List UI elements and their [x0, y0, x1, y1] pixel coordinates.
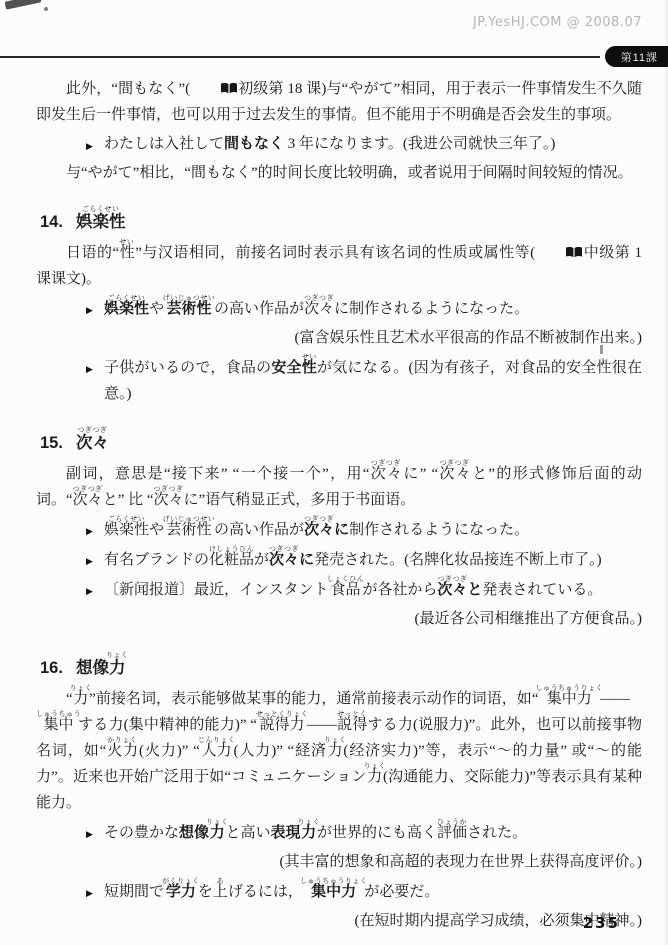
- section-heading: 16.想像力りょく: [40, 652, 642, 679]
- text-segment: (其丰富的想象和高超的表现力在世界上获得高度评价。): [280, 854, 643, 870]
- ruby-text: 集中力しゅうちゅうりょく: [538, 691, 599, 707]
- bullet-icon: ▶: [86, 518, 93, 544]
- ruby-text: 次々つぎつぎ: [269, 552, 299, 568]
- ruby-text: 食品しょくひん: [329, 582, 363, 598]
- text-segment: (富含娱乐性且艺术水平很高的作品不断被制作出来。): [295, 330, 643, 346]
- bullet-icon: ▶: [86, 880, 93, 906]
- ruby-text: 力りょく: [327, 743, 343, 759]
- bullet-icon: ▶: [86, 356, 93, 382]
- paragraph: 日语的“性せい”与汉语相同，前接名词时表示具有该名词的性质或属性等(中级第 1 …: [36, 239, 642, 292]
- ruby-text: 火力かりょく: [106, 743, 139, 759]
- text-segment: 想像: [76, 658, 109, 677]
- example-bullet: ▶わたしは入社して間もなく 3 年になります。(我进公司就快三年了。): [36, 131, 642, 157]
- text-segment: が必要だ。: [364, 884, 439, 900]
- text-segment: 3 年になります。(我进公司就快三年了。): [284, 136, 555, 152]
- header-rule: [0, 56, 600, 58]
- ruby-text: 力りょく: [367, 769, 383, 785]
- ruby-text: 次々つぎつぎ: [73, 492, 103, 508]
- ruby-text: 次々つぎつぎ: [154, 492, 184, 508]
- text-segment: 想像: [179, 825, 209, 841]
- ruby-text: 次々つぎつぎ: [304, 522, 334, 538]
- bullet-text: 短期間で学力がくりょくを上あげるには，集中力しゅうちゅうりょくが必要だ。: [104, 884, 439, 900]
- text-segment: する力(集中精神的能力)” “: [78, 717, 257, 733]
- text-segment: と” 比 “: [103, 492, 154, 508]
- text-segment: が各社から: [362, 582, 437, 598]
- text-segment: ”与汉语相同，前接名词时表示具有该名词的性质或属性等(: [135, 245, 535, 261]
- example-bullet: ▶娯楽性ごらくせいや芸術性げいじゅつせいの高い作品が次々つぎつぎに制作されるよう…: [36, 295, 642, 322]
- text-segment: に: [334, 522, 349, 538]
- ruby-text: 力りょく: [209, 825, 225, 841]
- bullet-text: 娯楽性ごらくせいや芸術性げいじゅつせいの高い作品が次々つぎつぎに制作されるように…: [104, 301, 529, 317]
- text-segment: 発表されている。: [482, 582, 602, 598]
- heading-number: 14.: [40, 211, 63, 233]
- translation-line: (富含娱乐性且艺术水平很高的作品不断被制作出来。): [36, 325, 642, 351]
- ruby-text: 集中しゅうちゅう: [36, 717, 78, 733]
- text-segment: 安全: [271, 360, 301, 376]
- text-segment: に”语气稍显正式，多用于书面语。: [184, 492, 416, 508]
- text-segment: が世界的にも高く: [317, 825, 437, 841]
- text-segment: ——: [307, 717, 337, 733]
- text-segment: に” “: [403, 466, 438, 482]
- ruby-text: 上あ: [213, 884, 228, 900]
- content: 此外，“間もなく”(初级第 18 课)与“やがて”相同，用于表示一件事情发生不久…: [36, 76, 642, 934]
- bullet-icon: ▶: [86, 133, 93, 159]
- ruby-text: 娯楽性ごらくせい: [76, 212, 126, 231]
- ruby-text: 芸術性げいじゅつせい: [164, 301, 214, 317]
- textbook-page: JP.YesHJ.COM @ 2008.07 第11課 此外，“間もなく”(初级…: [0, 0, 668, 945]
- text-segment: された。: [467, 825, 527, 841]
- bullet-icon: ▶: [86, 578, 93, 604]
- example-bullet: ▶〔新闻报道〕最近，インスタント食品しょくひんが各社から次々つぎつぎと発表されて…: [36, 576, 642, 603]
- text-segment: や: [149, 522, 164, 538]
- text-segment: 発売された。(名牌化妆品接连不断上市了。): [314, 552, 602, 568]
- ruby-text: 次々つぎつぎ: [304, 301, 334, 317]
- bullet-icon: ▶: [86, 297, 93, 323]
- example-bullet: ▶その豊かな想像力りょくと高い表現力りょくが世界的にも高く評価ひょうかされた。: [36, 819, 642, 846]
- bullet-text: 娯楽性ごらくせいや芸術性げいじゅつせいの高い作品が次々つぎつぎに制作されるように…: [104, 522, 529, 538]
- bullet-text: 有名ブランドの化粧品けしょうひんが次々つぎつぎに発売された。(名牌化妆品接连不断…: [104, 552, 602, 568]
- bullet-text: わたしは入社して間もなく 3 年になります。(我进公司就快三年了。): [104, 136, 555, 152]
- ruby-text: 娯楽性ごらくせい: [104, 522, 149, 538]
- text-segment: 〔新闻报道〕最近，インスタント: [104, 582, 329, 598]
- text-segment: に: [299, 552, 314, 568]
- text-segment: (火力)” “: [139, 743, 200, 759]
- page-edge-shade: [664, 0, 668, 945]
- heading-title: 想像力りょく: [76, 652, 129, 679]
- text-segment: 経済: [294, 743, 327, 759]
- lesson-tab: 第11課: [605, 46, 668, 67]
- translation-line: (最近各公司相继推出了方便食品。): [36, 606, 642, 632]
- text-segment: 副词，意思是“接下来” “一个接一个”，用“: [66, 466, 369, 482]
- text-segment: の高い作品が: [214, 301, 304, 317]
- heading-number: 15.: [40, 432, 63, 454]
- text-segment: が: [254, 552, 269, 568]
- heading-number: 16.: [40, 657, 63, 679]
- text-segment: げるには，: [228, 884, 303, 900]
- paragraph: 副词，意思是“接下来” “一个接一个”，用“次々つぎつぎに” “次々つぎつぎと”…: [36, 460, 642, 513]
- text-segment: を: [198, 884, 213, 900]
- ruby-text: 人力じんりょく: [200, 743, 234, 759]
- ruby-text: 娯楽性ごらくせい: [104, 301, 149, 317]
- translation-line: (在短时期内提高学习成绩，必须集中精神。): [36, 908, 642, 934]
- ruby-text: 力りょく: [301, 825, 317, 841]
- ruby-text: 次々つぎつぎ: [369, 466, 403, 482]
- text-segment: 子供がいるので，食品の: [104, 360, 271, 376]
- example-bullet: ▶子供がいるので，食品の安全性せいが気になる。(因为有孩子，对食品的安全性很在意…: [36, 354, 642, 407]
- bullet-icon: ▶: [86, 821, 93, 847]
- text-segment: (人力)” “: [234, 743, 295, 759]
- paragraph: “力りょく”前接名词，表示能够做某事的能力，通常前接表示动作的词语，如“集中力し…: [36, 685, 642, 816]
- text-segment: 与“やがて”相比，“間もなく”的时间长度比较明确，或者说用于间隔时间较短的情况。: [66, 165, 633, 181]
- text-segment: ”前接名词，表示能够做某事的能力，通常前接表示动作的词语，如“: [89, 691, 538, 707]
- text-segment: や: [149, 301, 164, 317]
- ruby-text: 力りょく: [73, 691, 89, 707]
- heading-title: 娯楽性ごらくせい: [76, 206, 126, 233]
- ruby-text: 集中力しゅうちゅうりょく: [303, 884, 364, 900]
- ruby-text: 学力がくりょく: [164, 884, 198, 900]
- ruby-text: 評価ひょうか: [437, 825, 467, 841]
- text-segment: 制作されるようになった。: [349, 522, 529, 538]
- ruby-text: 性せい: [302, 360, 317, 376]
- book-icon: [191, 82, 237, 94]
- text-segment: (最近各公司相继推出了方便食品。): [415, 611, 643, 627]
- example-bullet: ▶短期間で学力がくりょくを上あげるには，集中力しゅうちゅうりょくが必要だ。: [36, 878, 642, 905]
- text-segment: と: [467, 582, 482, 598]
- translation-line: (其丰富的想象和高超的表现力在世界上获得高度评价。): [36, 849, 642, 875]
- text-segment: 有名ブランドの: [104, 552, 209, 568]
- ruby-text: 化粧品けしょうひん: [209, 552, 254, 568]
- text-segment: 日语的“: [66, 245, 119, 261]
- text-segment: の高い作品が: [214, 522, 304, 538]
- bullet-text: その豊かな想像力りょくと高い表現力りょくが世界的にも高く評価ひょうかされた。: [104, 825, 527, 841]
- section-heading: 15.次々つぎつぎ: [40, 427, 642, 454]
- bullet-text: 子供がいるので，食品の安全性せいが気になる。(因为有孩子，对食品的安全性很在意。…: [104, 360, 642, 402]
- paragraph: 与“やがて”相比，“間もなく”的时间长度比较明确，或者说用于间隔时间较短的情况。: [36, 160, 642, 186]
- page-number: 235: [583, 914, 620, 932]
- ruby-text: 芸術性げいじゅつせい: [164, 522, 214, 538]
- ruby-text: 力りょく: [109, 658, 129, 677]
- text-segment: 此外，“間もなく”(: [66, 81, 190, 97]
- book-icon: [536, 246, 582, 258]
- scan-artifact-dot: [44, 7, 48, 11]
- ruby-text: 次々つぎつぎ: [437, 582, 467, 598]
- text-segment: 間もなく: [224, 136, 284, 152]
- text-segment: に制作されるようになった。: [334, 301, 529, 317]
- text-segment: 表現: [271, 825, 301, 841]
- text-segment: その豊かな: [104, 825, 179, 841]
- paragraph: 此外，“間もなく”(初级第 18 课)与“やがて”相同，用于表示一件事情发生不久…: [36, 76, 642, 128]
- text-segment: と高い: [226, 825, 271, 841]
- ruby-text: 次々つぎつぎ: [76, 433, 109, 452]
- ruby-text: 説得せっとく: [337, 717, 367, 733]
- scan-artifact-corner: [5, 0, 42, 10]
- heading-title: 次々つぎつぎ: [76, 427, 109, 454]
- bullet-text: 〔新闻报道〕最近，インスタント食品しょくひんが各社から次々つぎつぎと発表されてい…: [104, 582, 602, 598]
- section-heading: 14.娯楽性ごらくせい: [40, 206, 642, 233]
- text-segment: ——: [600, 691, 630, 707]
- example-bullet: ▶有名ブランドの化粧品けしょうひんが次々つぎつぎに発売された。(名牌化妆品接连不…: [36, 546, 642, 573]
- ruby-text: 次々つぎつぎ: [438, 466, 472, 482]
- example-bullet: ▶娯楽性ごらくせいや芸術性げいじゅつせいの高い作品が次々つぎつぎに制作されるよう…: [36, 516, 642, 543]
- ruby-text: 説得力せっとくりょく: [257, 717, 307, 733]
- ruby-text: 性せい: [119, 245, 135, 261]
- text-segment: 短期間で: [104, 884, 164, 900]
- bullet-icon: ▶: [86, 548, 93, 574]
- watermark: JP.YesHJ.COM @ 2008.07: [473, 15, 642, 30]
- text-segment: わたしは入社して: [104, 136, 224, 152]
